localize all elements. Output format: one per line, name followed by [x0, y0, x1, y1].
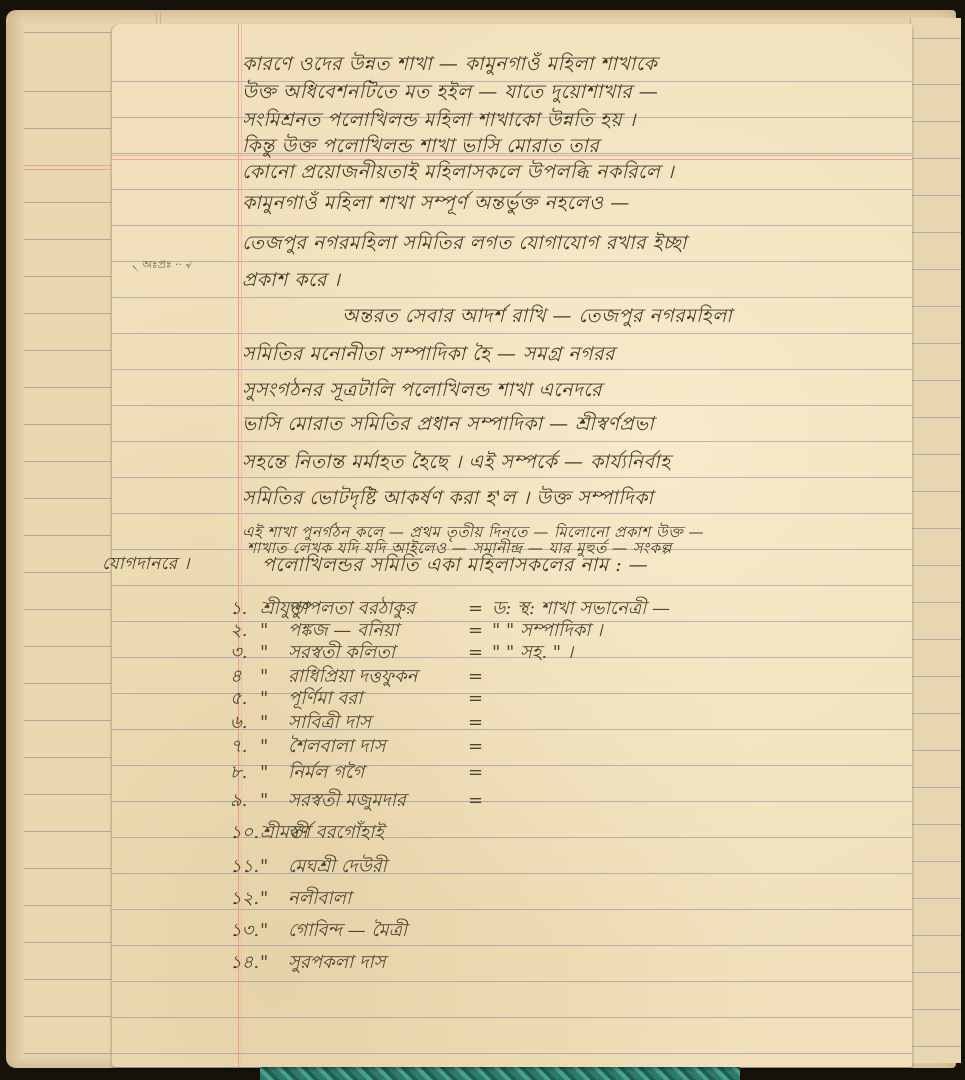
member-number: ১২. — [230, 884, 260, 915]
member-title: " — [260, 856, 288, 877]
margin-note: ৲ অঃপ্রঃ ·· ৵ — [132, 256, 193, 275]
member-number: ১৩. — [230, 916, 260, 947]
notebook-spine-edge — [6, 18, 24, 1060]
member-title: শ্রীমতী — [260, 818, 288, 849]
member-name: সরস্বতী মজুমদার — [288, 786, 468, 817]
member-number: ১৪. — [230, 948, 260, 979]
member-equals: = — [468, 790, 492, 811]
member-row: ১৪."সুরপকলা দাস — [230, 948, 492, 979]
member-row: ১১."মেঘশ্রী দেউরী — [230, 852, 492, 883]
paragraph-2-line: সুসংগঠনর সূত্রটালি পলোখিলন্ড শাখা এনেদরে — [242, 376, 602, 408]
member-title: " — [260, 888, 288, 909]
paragraph-2-line: সমিতির ভোটদৃষ্টি আকর্ষণ করা হ'ল । উক্ত স… — [242, 484, 653, 516]
member-title: " — [260, 736, 288, 757]
paragraph-1-line: তেজপুর নগরমহিলা সমিতির লগত যোগাযোগ রখার … — [242, 229, 687, 261]
member-number: ১১. — [230, 852, 260, 883]
member-number: ৯. — [230, 786, 260, 817]
member-row: ৮."নির্মল গগৈ= — [230, 758, 492, 789]
member-name: নলীবালা — [288, 884, 468, 915]
member-number: ৮. — [230, 758, 260, 789]
member-row: ৯."সরস্বতী মজুমদার= — [230, 786, 492, 817]
member-equals: = — [468, 762, 492, 783]
member-row: ১৩."গোবিন্দ — মৈত্রী — [230, 916, 492, 947]
member-name: সুরপকলা দাস — [288, 948, 468, 979]
member-row: ১০.শ্রীমতীস্বর্ণ বরগোঁহাই — [230, 818, 492, 849]
member-name: নির্মল গগৈ — [288, 758, 468, 789]
member-title: " — [260, 920, 288, 941]
member-name: গোবিন্দ — মৈত্রী — [288, 916, 468, 947]
paragraph-2-line: সমিতির মনোনীতা সম্পাদিকা হৈ — সমগ্র নগরর — [242, 340, 615, 372]
member-number: ১০. — [230, 818, 260, 849]
member-name: স্বর্ণ বরগোঁহাই — [288, 818, 468, 849]
member-title: " — [260, 790, 288, 811]
member-title: " — [260, 688, 288, 709]
paragraph-2-line: সহন্তে নিতান্ত মর্মাহত হৈছে । এই সম্পর্ক… — [242, 448, 671, 480]
paragraph-1-line: কোনো প্রয়োজনীয়তাই মহিলাসকলে উপলব্ধি নক… — [242, 158, 674, 190]
member-title: " — [260, 642, 288, 663]
list-intro-text: পলোখিলন্ডর সমিতি একা মহিলাসকলের নাম : — — [262, 551, 648, 583]
member-title: " — [260, 952, 288, 973]
paragraph-1-line: প্রকাশ করে । — [242, 266, 340, 298]
member-equals: = — [468, 688, 492, 709]
notebook-page: ৲ অঃপ্রঃ ·· ৵ কারণে ওদের উন্নত শাখা — কা… — [112, 24, 912, 1067]
member-equals: = — [468, 712, 492, 733]
member-name: মেঘশ্রী দেউরী — [288, 852, 468, 883]
member-title: " — [260, 712, 288, 733]
list-intro-margin-word: যোগদানরে । — [102, 551, 190, 579]
adjacent-page-strip — [910, 18, 961, 1063]
paragraph-1-line: কামুনগাওঁ মহিলা শাখা সম্পূর্ণ অন্তর্ভুক্… — [242, 189, 630, 221]
member-equals: = — [468, 736, 492, 757]
member-title: " — [260, 762, 288, 783]
paragraph-2-line: ভাসি মোরাত সমিতির প্রধান সম্পাদিকা — শ্র… — [242, 410, 654, 442]
member-equals: = — [468, 642, 492, 663]
member-role: " " সহ. " । — [492, 642, 573, 663]
paragraph-2-line: অন্তরত সেবার আদর্শ রাখি — তেজপুর নগরমহিল… — [342, 302, 732, 334]
member-row: ১২."নলীবালা — [230, 884, 492, 915]
